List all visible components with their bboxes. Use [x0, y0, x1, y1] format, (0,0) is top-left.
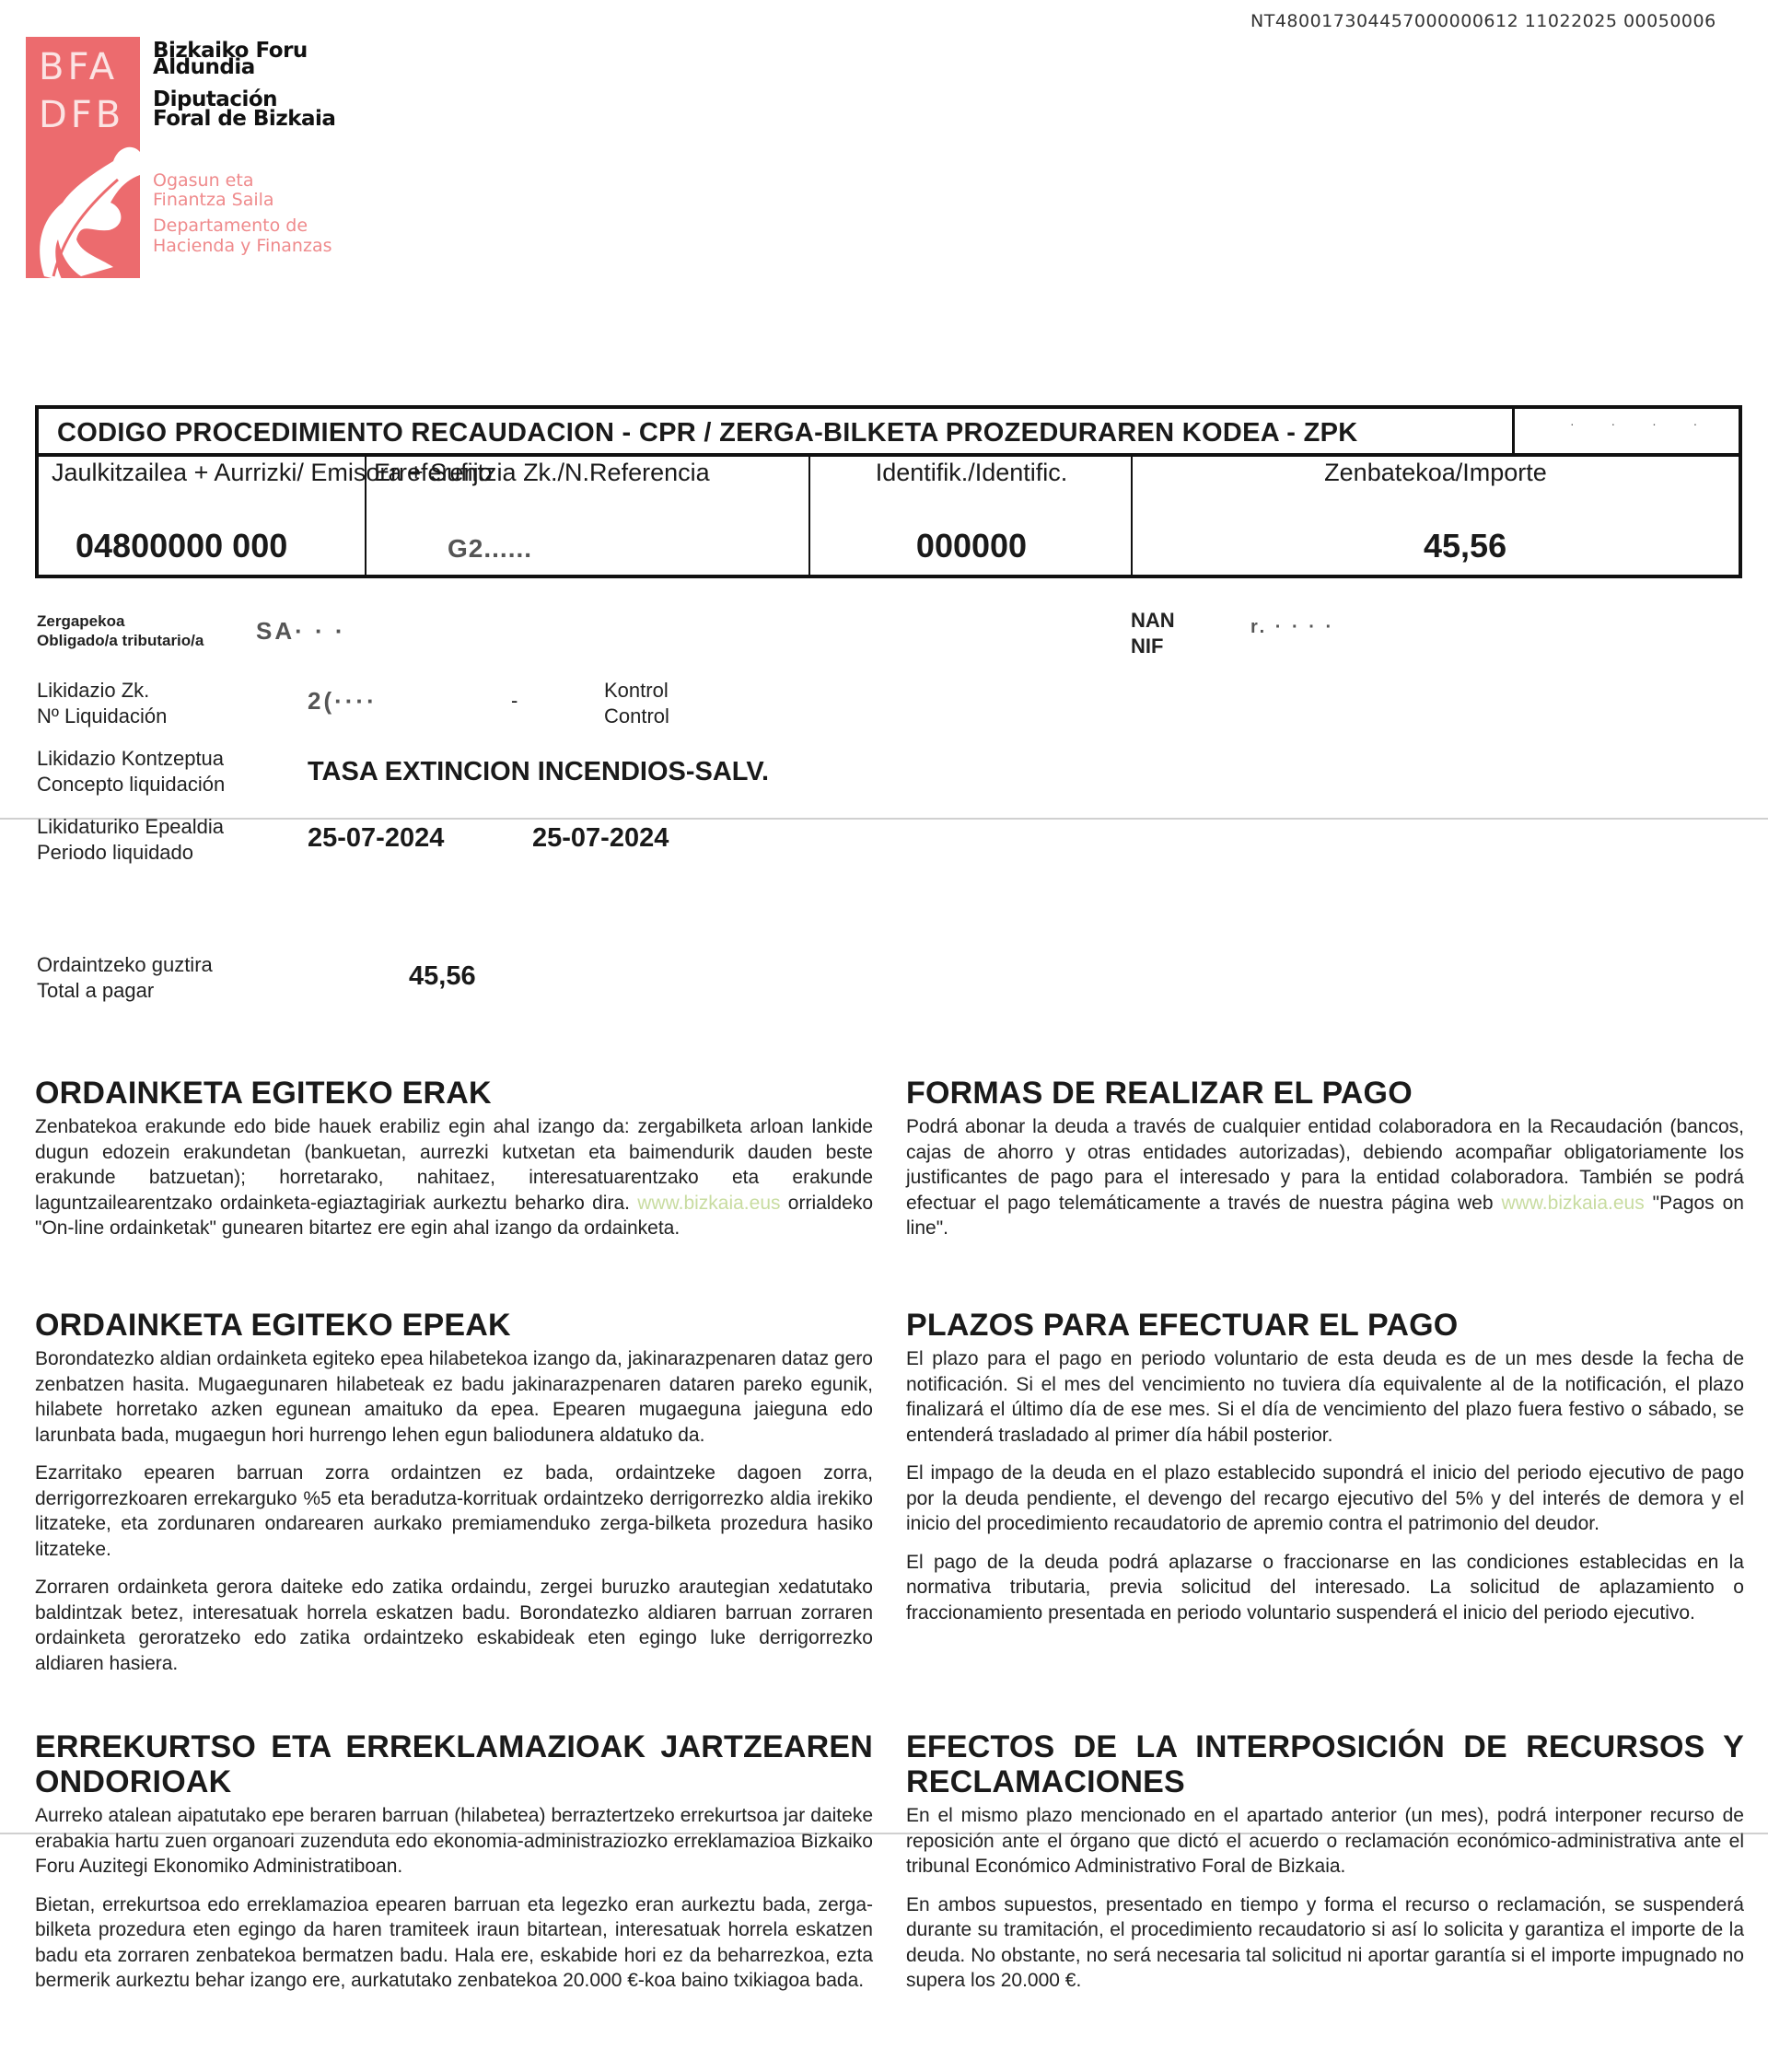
- bizkaia-website-link[interactable]: www.bizkaia.eus: [1501, 1193, 1644, 1214]
- section-title: EFECTOS DE LA INTERPOSICIÓN DE RECURSOS …: [906, 1729, 1744, 1799]
- section-title: PLAZOS PARA EFECTUAR EL PAGO: [906, 1308, 1744, 1343]
- paper-fold-line: [0, 818, 1768, 820]
- section-paragraph: El impago de la deuda en el plazo establ…: [906, 1461, 1744, 1537]
- paper-fold-line: [0, 1833, 1768, 1834]
- concept-label: Likidazio Kontzeptua Concepto liquidació…: [37, 746, 225, 797]
- logo-abbr-eu: BFA: [39, 46, 118, 88]
- department-name-eu: Ogasun eta Finantza Saila: [153, 171, 274, 210]
- total-label: Ordaintzeko guztira Total a pagar: [37, 952, 213, 1004]
- section-paragraph: Borondatezko aldian ordainketa egiteko e…: [35, 1346, 873, 1448]
- identification-label: Identifik./Identific.: [810, 460, 1133, 484]
- period-label: Likidaturiko Epealdia Periodo liquidado: [37, 814, 224, 866]
- identification-value: 000000: [810, 527, 1133, 565]
- reference-label: Erreferentzia Zk./N.Referencia: [374, 460, 710, 484]
- cpr-payment-code-table: CODIGO PROCEDIMIENTO RECAUDACION - CPR /…: [35, 405, 1742, 578]
- taxpayer-value: SA· · ·: [256, 617, 346, 646]
- cpr-extra-code: · · · ·: [1570, 416, 1714, 431]
- emitter-suffix-label: Jaulkitzailea + Aurrizki/ Emisora + Sufi…: [52, 460, 355, 484]
- liquidation-number-value: 2(····: [308, 687, 378, 716]
- cpr-table-title: CODIGO PROCEDIMIENTO RECAUDACION - CPR /…: [57, 418, 1358, 448]
- liquidation-dash: -: [511, 689, 518, 713]
- total-value: 45,56: [409, 961, 476, 992]
- control-label: Kontrol Control: [604, 678, 669, 729]
- issuer-name-eu: Bizkaiko Foru Aldundia: [153, 42, 308, 76]
- section-paragraph: En el mismo plazo mencionado en el apart…: [906, 1803, 1744, 1880]
- appeals-eu-section: ERREKURTSO ETA ERREKLAMAZIOAK JARTZEAREN…: [35, 1729, 873, 2007]
- identification-cell: Identifik./Identific. 000000: [808, 457, 1133, 575]
- payment-deadlines-es-section: PLAZOS PARA EFECTUAR EL PAGO El plazo pa…: [906, 1308, 1744, 1638]
- payment-methods-eu-section: ORDAINKETA EGITEKO ERAK Zenbatekoa eraku…: [35, 1076, 873, 1254]
- section-paragraph: En ambos supuestos, presentado en tiempo…: [906, 1892, 1744, 1994]
- section-paragraph: Podrá abonar la deuda a través de cualqu…: [906, 1114, 1744, 1241]
- bizkaia-website-link[interactable]: www.bizkaia.eus: [637, 1193, 780, 1214]
- payment-methods-es-section: FORMAS DE REALIZAR EL PAGO Podrá abonar …: [906, 1076, 1744, 1254]
- nif-value: r. · · · ·: [1250, 617, 1334, 638]
- liquidation-number-label: Likidazio Zk. Nº Liquidación: [37, 678, 167, 729]
- section-paragraph: Ezarritako epearen barruan zorra ordaint…: [35, 1461, 873, 1562]
- logo-abbr-es: DFB: [39, 94, 124, 136]
- document-barcode-number: NT480017304457000000612 11022025 0005000…: [1250, 11, 1716, 31]
- reference-value: G2......: [448, 534, 532, 564]
- amount-cell: Zenbatekoa/Importe 45,56: [1131, 457, 1739, 575]
- amount-value: 45,56: [1424, 527, 1506, 565]
- reference-cell: Erreferentzia Zk./N.Referencia G2......: [365, 457, 810, 575]
- nif-label: NAN NIF: [1131, 608, 1175, 659]
- department-name-es: Departamento de Hacienda y Finanzas: [153, 215, 331, 256]
- section-paragraph: El plazo para el pago en periodo volunta…: [906, 1346, 1744, 1448]
- taxpayer-label: Zergapekoa Obligado/a tributario/a: [37, 611, 204, 650]
- section-paragraph: Zorraren ordainketa gerora daiteke edo z…: [35, 1575, 873, 1676]
- period-to-value: 25-07-2024: [532, 823, 669, 854]
- section-paragraph: Bietan, errekurtsoa edo erreklamazioa ep…: [35, 1892, 873, 1994]
- amount-label: Zenbatekoa/Importe: [1133, 460, 1739, 484]
- section-title: ORDAINKETA EGITEKO ERAK: [35, 1076, 873, 1111]
- section-paragraph: Zenbatekoa erakunde edo bide hauek erabi…: [35, 1114, 873, 1241]
- cpr-table-header: CODIGO PROCEDIMIENTO RECAUDACION - CPR /…: [39, 409, 1739, 457]
- section-paragraph: El pago de la deuda podrá aplazarse o fr…: [906, 1550, 1744, 1626]
- section-paragraph: Aurreko atalean aipatutako epe beraren b…: [35, 1803, 873, 1880]
- oak-leaf-icon: [26, 138, 145, 285]
- emitter-suffix-value: 04800000 000: [76, 527, 287, 565]
- section-title: ERREKURTSO ETA ERREKLAMAZIOAK JARTZEAREN…: [35, 1729, 873, 1799]
- issuer-name-es: Diputación Foral de Bizkaia: [153, 90, 335, 129]
- period-from-value: 25-07-2024: [308, 823, 444, 854]
- section-title: FORMAS DE REALIZAR EL PAGO: [906, 1076, 1744, 1111]
- emitter-suffix-cell: Jaulkitzailea + Aurrizki/ Emisora + Sufi…: [39, 457, 365, 575]
- payment-deadlines-eu-section: ORDAINKETA EGITEKO EPEAK Borondatezko al…: [35, 1308, 873, 1689]
- section-title: ORDAINKETA EGITEKO EPEAK: [35, 1308, 873, 1343]
- cpr-extra-code-cell: · · · ·: [1512, 409, 1745, 453]
- concept-value: TASA EXTINCION INCENDIOS-SALV.: [308, 757, 769, 787]
- appeals-es-section: EFECTOS DE LA INTERPOSICIÓN DE RECURSOS …: [906, 1729, 1744, 2007]
